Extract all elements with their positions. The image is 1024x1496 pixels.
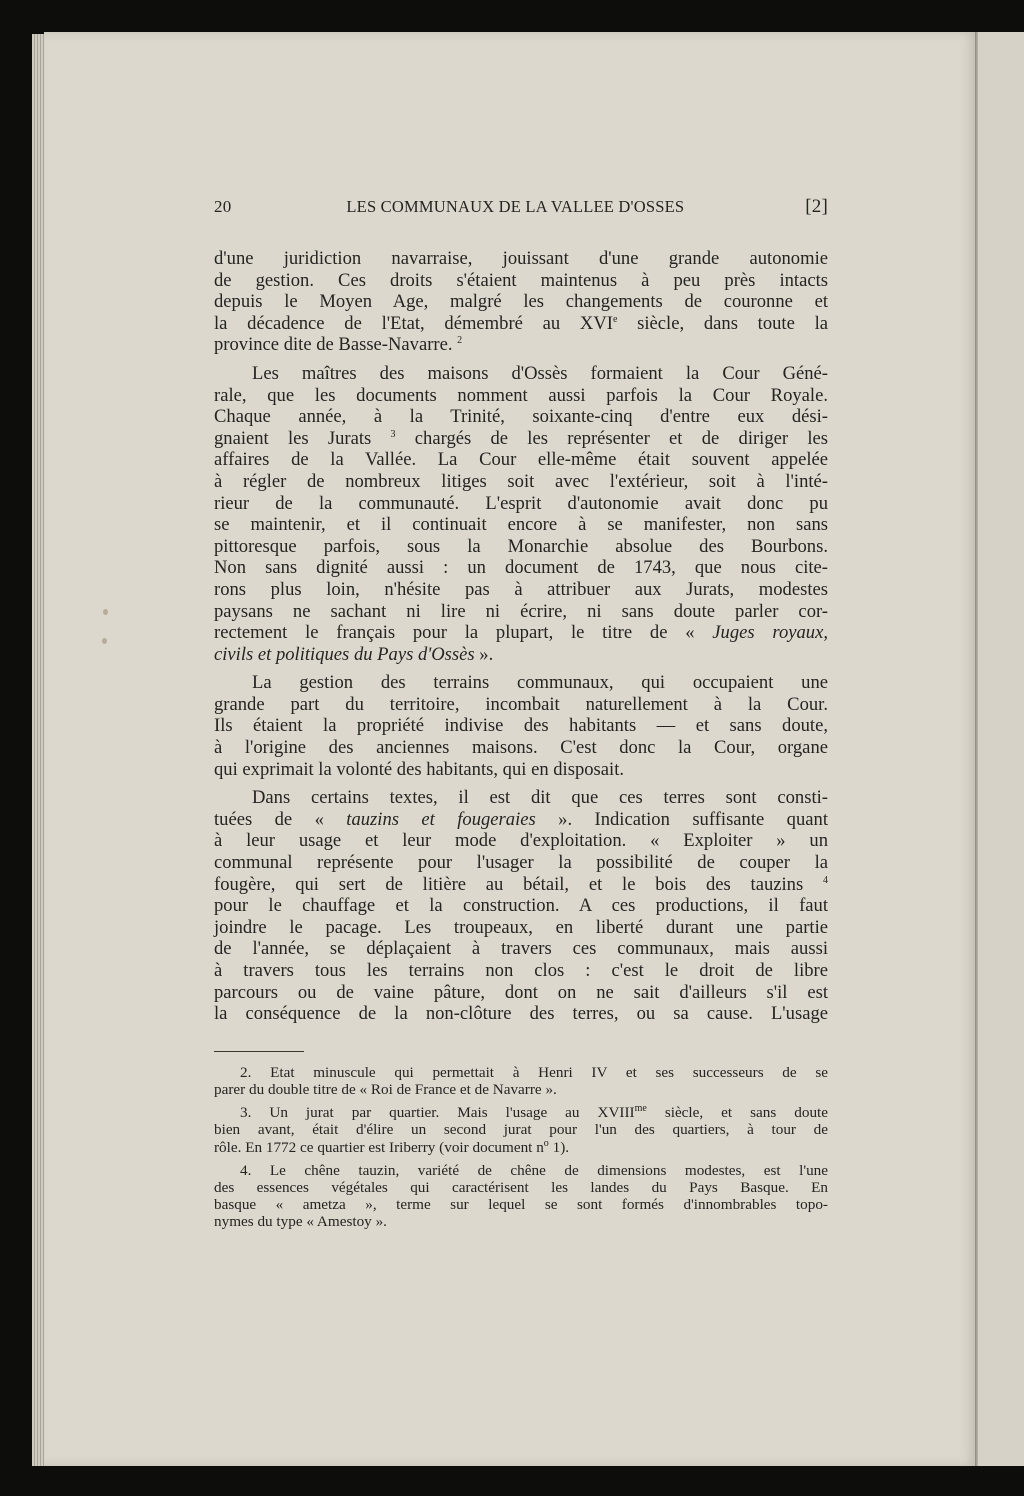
text-line: Chaque année, à la Trinité, soixante-cin… [214, 406, 828, 428]
text-line: Dans certains textes, il est dit que ces… [214, 787, 828, 809]
scanned-book-page: 20 LES COMMUNAUX DE LA VALLEE D'OSSES [2… [0, 0, 1024, 1496]
footnote-divider [214, 1051, 304, 1052]
italic-span: civils et politiques du Pays d'Ossès [214, 644, 475, 665]
italic-span: Juges royaux, [712, 622, 828, 643]
footnote-ref-2[interactable]: 2 [457, 335, 462, 346]
text-line: La gestion des terrains communaux, qui o… [214, 672, 828, 694]
paragraph: La gestion des terrains communaux, qui o… [214, 672, 828, 780]
text-line: joindre le pacage. Les troupeaux, en lib… [214, 917, 828, 939]
footnotes: 2. Etat minuscule qui permettait à Henri… [214, 1064, 828, 1231]
text-line: tuées de « tauzins et fougeraies ». Indi… [214, 809, 828, 831]
text-line: communal représente pour l'usager la pos… [214, 852, 828, 874]
paper-stain [103, 609, 108, 615]
text-line: paysans ne sachant ni lire ni écrire, ni… [214, 601, 828, 623]
text-line: la conséquence de la non-clôture des ter… [214, 1003, 828, 1025]
text-line: se maintenir, et il continuait encore à … [214, 514, 828, 536]
footnote-line: bien avant, était d'élire un second jura… [214, 1121, 828, 1138]
footnote-line: basque « ametza », terme sur lequel se s… [214, 1196, 828, 1213]
text-span: ». Indication suffisante quant [536, 809, 828, 830]
text-line: à leur usage et leur mode d'exploitation… [214, 830, 828, 852]
text-line: rons plus loin, n'hésite pas à attribuer… [214, 579, 828, 601]
next-page-edge [978, 32, 1024, 1466]
footnote-3: 3. Un jurat par quartier. Mais l'usage a… [214, 1104, 828, 1156]
text-span: province dite de Basse-Navarre. [214, 334, 453, 355]
footnote-line: 2. Etat minuscule qui permettait à Henri… [214, 1064, 828, 1081]
running-head: 20 LES COMMUNAUX DE LA VALLEE D'OSSES [2… [214, 196, 828, 220]
text-span: 3. Un jurat par quartier. Mais l'usage a… [240, 1104, 635, 1121]
footnote-line: des essences végétales qui caractérisent… [214, 1179, 828, 1196]
text-line: gnaient les Jurats 3 chargés de les repr… [214, 428, 828, 450]
text-line: province dite de Basse-Navarre. 2 [214, 334, 828, 356]
text-line: de gestion. Ces droits s'étaient mainten… [214, 270, 828, 292]
page-number: 20 [214, 197, 231, 217]
text-line: de l'année, se déplaçaient à travers ces… [214, 938, 828, 960]
footnote-line: 3. Un jurat par quartier. Mais l'usage a… [214, 1104, 828, 1121]
footnote-line: nymes du type « Amestoy ». [214, 1213, 828, 1230]
text-span: fougère, qui sert de litière au bétail, … [214, 874, 803, 895]
section-marker: [2] [805, 196, 828, 218]
text-line: d'une juridiction navarraise, jouissant … [214, 248, 828, 270]
paragraph: Les maîtres des maisons d'Ossès formaien… [214, 363, 828, 665]
text-line: rale, que les documents nomment aussi pa… [214, 385, 828, 407]
paragraph: d'une juridiction navarraise, jouissant … [214, 248, 828, 356]
text-span: chargés de les représenter et de diriger… [396, 428, 828, 449]
text-line: grande part du territoire, incombait nat… [214, 694, 828, 716]
text-line: depuis le Moyen Age, malgré les changeme… [214, 291, 828, 313]
text-span: ». [475, 644, 494, 665]
text-span: siècle, dans toute la [617, 313, 828, 334]
footnote-line: 4. Le chêne tauzin, variété de chêne de … [214, 1162, 828, 1179]
body-text: d'une juridiction navarraise, jouissant … [214, 248, 828, 1025]
footnote-line: rôle. En 1772 ce quartier est Iriberry (… [214, 1139, 828, 1156]
footnote-2: 2. Etat minuscule qui permettait à Henri… [214, 1064, 828, 1098]
text-line: pour le chauffage et la construction. A … [214, 895, 828, 917]
text-span: siècle, et sans doute [647, 1104, 828, 1121]
footnote-4: 4. Le chêne tauzin, variété de chêne de … [214, 1162, 828, 1231]
running-title: LES COMMUNAUX DE LA VALLEE D'OSSES [231, 197, 805, 217]
text-span: tuées de « [214, 809, 346, 830]
text-line: qui exprimait la volonté des habitants, … [214, 759, 828, 781]
text-span: rôle. En 1772 ce quartier est Iriberry (… [214, 1139, 544, 1156]
text-block: 20 LES COMMUNAUX DE LA VALLEE D'OSSES [2… [214, 196, 828, 1237]
text-line: Les maîtres des maisons d'Ossès formaien… [214, 363, 828, 385]
text-span: gnaient les Jurats [214, 428, 371, 449]
footnote-line: parer du double titre de « Roi de France… [214, 1081, 828, 1098]
text-span: la décadence de l'Etat, démembré au XVI [214, 313, 613, 334]
text-span: rectement le français pour la plupart, l… [214, 622, 712, 643]
text-line: parcours ou de vaine pâture, dont on ne … [214, 982, 828, 1004]
text-line: pittoresque parfois, sous la Monarchie a… [214, 536, 828, 558]
superscript: me [635, 1103, 647, 1114]
paragraph: Dans certains textes, il est dit que ces… [214, 787, 828, 1025]
text-line: rieur de la communauté. L'esprit d'auton… [214, 493, 828, 515]
text-line: affaires de la Vallée. La Cour elle-même… [214, 449, 828, 471]
text-line: Ils étaient la propriété indivise des ha… [214, 715, 828, 737]
text-line: à l'origine des anciennes maisons. C'est… [214, 737, 828, 759]
text-line: à régler de nombreux litiges soit avec l… [214, 471, 828, 493]
text-span: 1). [549, 1139, 569, 1156]
text-line: à travers tous les terrains non clos : c… [214, 960, 828, 982]
text-line: Non sans dignité aussi : un document de … [214, 557, 828, 579]
text-line: rectement le français pour la plupart, l… [214, 622, 828, 644]
footnote-ref-4[interactable]: 4 [823, 874, 828, 885]
text-line: fougère, qui sert de litière au bétail, … [214, 874, 828, 896]
text-line: civils et politiques du Pays d'Ossès ». [214, 644, 828, 666]
text-line: la décadence de l'Etat, démembré au XVIe… [214, 313, 828, 335]
paper-stain [102, 638, 107, 644]
italic-span: tauzins et fougeraies [346, 809, 535, 830]
